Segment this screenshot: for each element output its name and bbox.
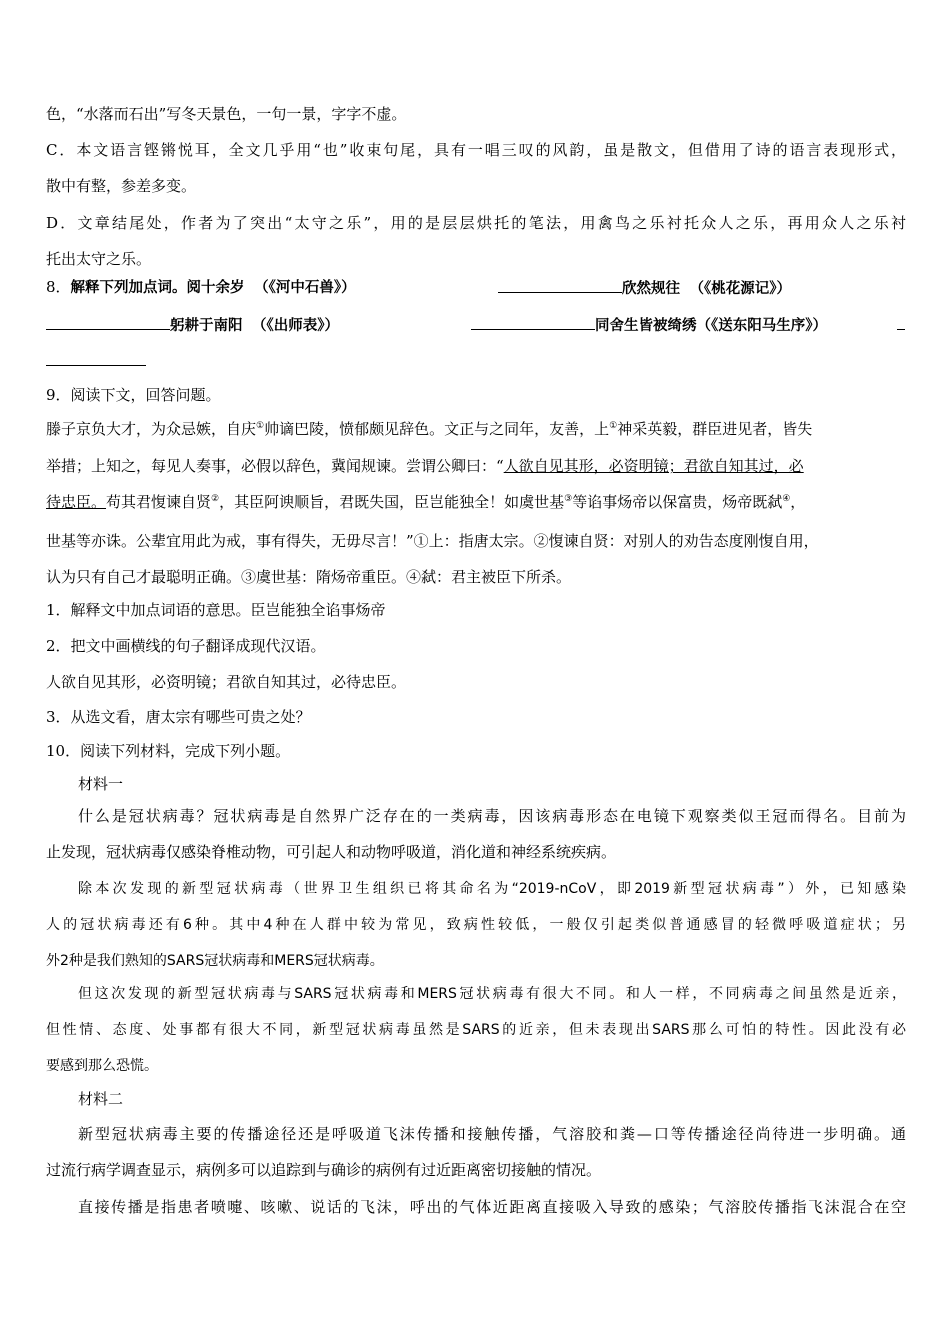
q9-title: 9．阅读下文，回答问题。 [46,385,221,405]
material-2-p1-line1: 新型冠状病毒主要的传播途径还是呼吸道飞沫传播和接触传播，气溶胶和粪—口等传播途径… [78,1124,906,1144]
q8-item-2: 欣然规往 （《桃花源记》） [498,277,791,299]
q9-passage-line4: 世基等亦诛。公辈宜用此为戒，事有得失，无毋尽言！”①上：指唐太宗。②愎谏自贤：对… [46,531,819,551]
q9-sub-question-2: 2．把文中画横线的句子翻译成现代汉语。 [46,636,326,656]
q7-option-d-line1: D．文章结尾处，作者为了突出“太守之乐”，用的是层层烘托的笔法，用禽鸟之乐衬托众… [46,213,906,233]
answer-blank-2[interactable] [498,277,622,293]
q9-passage-line1: 滕子京负大才，为众忌嫉，自庆①帅谪巴陵，愤郁颇见辞色。文正与之同年，友善，上①神… [46,419,812,439]
q9-footnotes-cont: 认为只有自己才最聪明正确。③虞世基：隋炀帝重臣。④弑：君主被臣下所杀。 [46,567,571,587]
q9-sub-question-3: 3．从选文看，唐太宗有哪些可贵之处？ [46,707,311,727]
material-1-p1-line2: 止发现，冠状病毒仅感染脊椎动物，可引起人和动物呼吸道，消化道和神经系统疾病。 [46,842,616,862]
q8-source-1: （《河中石兽》） [254,280,356,296]
material-1-p2-line3: 外2种是我们熟知的SARS冠状病毒和MERS冠状病毒。 [46,951,384,971]
q8-word-3: 躬耕于南阳 [170,318,243,334]
q8-number: 8． [46,278,71,296]
q9-sub-question-1: 1．解释文中加点词语的意思。臣岂能独全谄事炀帝 [46,600,386,620]
q10-title: 10．阅读下列材料，完成下列小题。 [46,741,290,761]
q7-option-c-line2: 散中有整，参差多变。 [46,176,196,196]
material-1-p3-line3: 要感到那么恐慌。 [46,1056,158,1076]
q8-intro: 解释下列加点词。 [71,280,187,296]
q9-passage-line3: 待忠臣。苟其君愎谏自贤②，其臣阿谀顺旨，君既失国，臣岂能独全！如虞世基③等谄事炀… [46,492,805,512]
q8-source-4: （《送东阳马生序》） [697,318,828,334]
underlined-sentence-part2: 待忠臣。 [46,493,106,511]
q9-passage-line2: 举措；上知之，每见人奏事，必假以辞色，冀闻规谏。尝谓公卿曰：“人欲自见其形，必资… [46,456,804,476]
material-2-p1-line2: 过流行病学调查显示，病例多可以追踪到与确诊的病例有过近距离密切接触的情况。 [46,1160,601,1180]
q7-option-c-line1: C．本文语言铿锵悦耳，全文几乎用“也”收束句尾，具有一唱三叹的风韵，虽是散文，但… [46,140,906,160]
q7-option-b-tail: 色，“水落而石出”写冬天景色，一句一景，字字不虚。 [46,104,406,124]
q8-item-4: 同舍生皆被绮绣（《送东阳马生序》） [471,314,827,336]
material-1-p3-line2: 但性情、态度、处事都有很大不同，新型冠状病毒虽然是SARS的近亲，但未表现出SA… [46,1020,906,1040]
answer-blank-1-end[interactable] [46,350,146,371]
answer-blank-1-start[interactable] [897,314,905,335]
answer-blank-4[interactable] [471,314,595,330]
material-2-p2-line1: 直接传播是指患者喷嚏、咳嗽、说话的飞沫，呼出的气体近距离直接吸入导致的感染；气溶… [78,1197,906,1217]
q9-footnotes: ①上：指唐太宗。②愎谏自贤：对别人的劝告态度刚愎自用， [414,532,819,550]
underlined-sentence-part1: 人欲自见其形，必资明镜；君欲自知其过，必 [504,457,804,475]
q8-word-2: 欣然规往 [622,281,680,297]
material-1-p2-line1: 除本次发现的新型冠状病毒（世界卫生组织已将其命名为“2019-nCoV，即201… [78,879,906,899]
q8-item-3: 躬耕于南阳 （《出师表》） [46,314,339,336]
q9-sub-question-2-sentence: 人欲自见其形，必资明镜；君欲自知其过，必待忠臣。 [46,672,406,692]
q8-word-4: 同舍生皆被绮绣 [595,318,697,334]
answer-blank-3[interactable] [46,314,170,330]
material-2-label: 材料二 [78,1089,123,1109]
q8-line1: 8．解释下列加点词。阅十余岁 （《河中石兽》） [46,277,356,298]
q8-source-3: （《出师表》） [252,318,339,334]
q7-option-d-line2: 托出太守之乐。 [46,249,151,269]
q8-source-2: （《桃花源记》） [690,281,792,297]
q8-word-1: 阅十余岁 [187,280,245,296]
material-1-p2-line2: 人的冠状病毒还有6种。其中4种在人群中较为常见，致病性较低，一般仅引起类似普通感… [46,915,906,935]
material-1-p1-line1: 什么是冠状病毒？冠状病毒是自然界广泛存在的一类病毒，因该病毒形态在电镜下观察类似… [78,806,906,826]
material-1-p3-line1: 但这次发现的新型冠状病毒与SARS冠状病毒和MERS冠状病毒有很大不同。和人一样… [78,984,906,1004]
material-1-label: 材料一 [78,774,123,794]
